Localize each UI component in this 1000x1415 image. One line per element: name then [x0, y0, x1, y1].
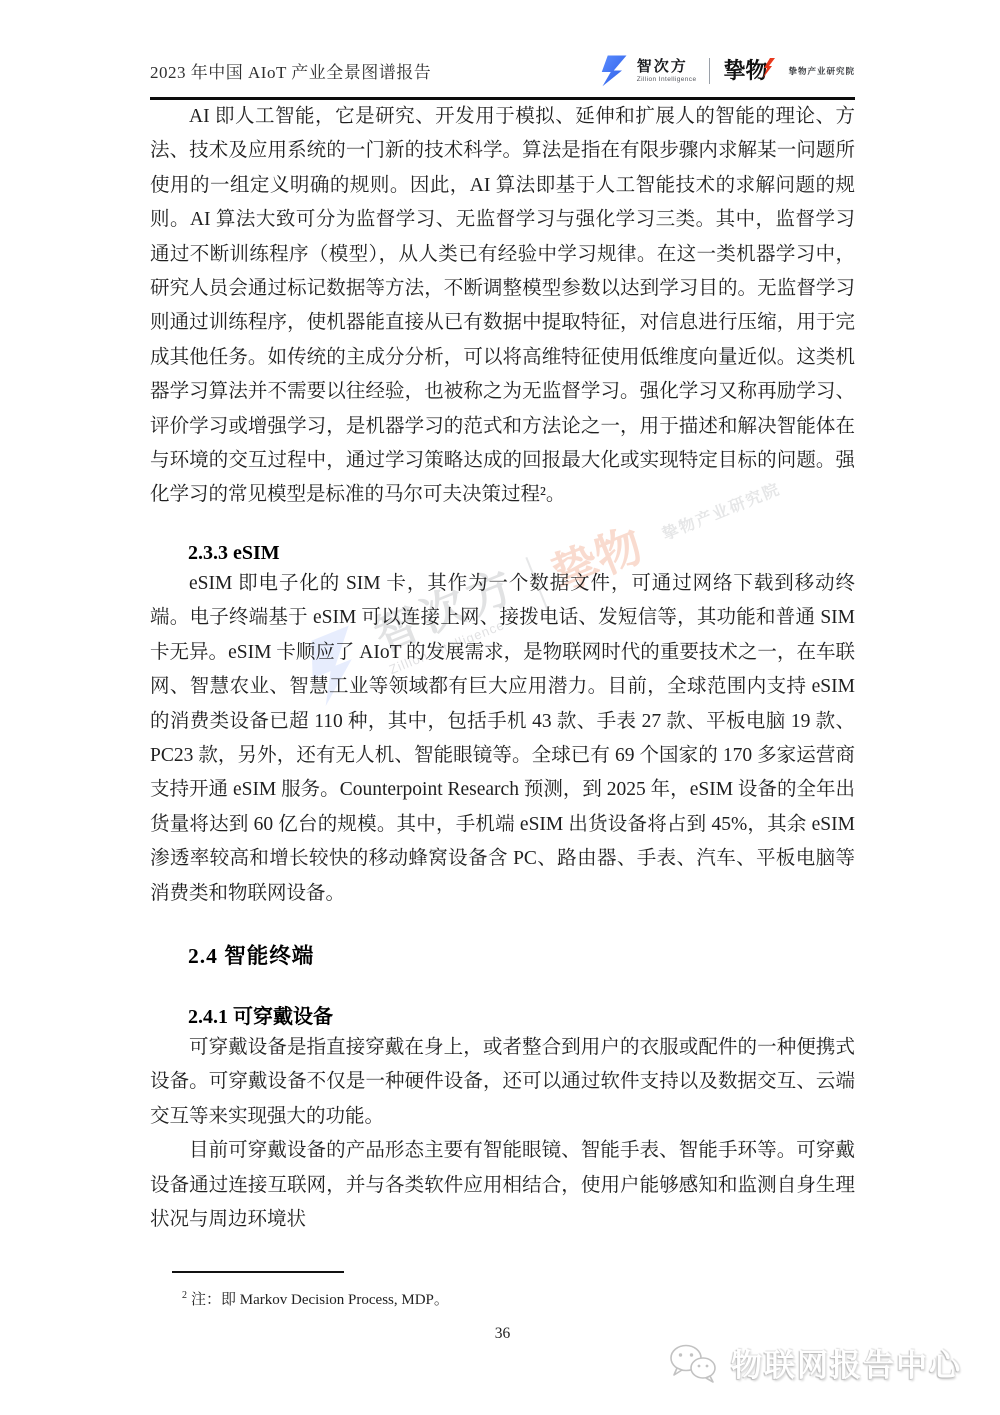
paragraph-wearable-1: 可穿戴设备是指直接穿戴在身上，或者整合到用户的衣服或配件的一种便携式设备。可穿戴… [150, 1031, 855, 1134]
footnote-text: 注：即 Markov Decision Process, MDP。 [191, 1292, 449, 1308]
paragraph-wearable-2: 目前可穿戴设备的产品形态主要有智能眼镜、智能手表、智能手环等。可穿戴设备通过连接… [150, 1134, 855, 1237]
footnote-marker: 2 [182, 1290, 187, 1301]
report-title: 2023 年中国 AIoT 产业全景图谱报告 [150, 58, 431, 83]
header-logos: 智次方 Zillion Intelligence 挚物 挚物产业研究院 [601, 54, 855, 87]
wechat-icon [667, 1341, 719, 1385]
paragraph-esim: eSIM 即电子化的 SIM 卡，其作为一个数据文件，可通过网络下载到移动终端。… [150, 567, 855, 911]
zhicifang-z-icon [601, 54, 628, 87]
iot-report-center-badge: 物联网报告中心 [667, 1340, 962, 1385]
heading-wearable: 2.4.1 可穿戴设备 [188, 1003, 855, 1031]
logo-divider [709, 58, 710, 84]
badge-label: 物联网报告中心 [731, 1340, 962, 1385]
partner-name: 挚物 [723, 58, 767, 83]
heading-smart-terminal: 2.4 智能终端 [188, 941, 855, 971]
paragraph-ai-definition: AI 即人工智能，它是研究、开发用于模拟、延伸和扩展人的智能的理论、方法、技术及… [150, 100, 855, 513]
footnote: 2注：即 Markov Decision Process, MDP。 [182, 1285, 855, 1311]
page-header: 2023 年中国 AIoT 产业全景图谱报告 智次方 Zillion Intel… [150, 0, 855, 100]
brand-name: 智次方 [637, 59, 697, 74]
lightning-icon [763, 58, 775, 78]
partner-subtitle: 挚物产业研究院 [788, 65, 855, 77]
footnote-divider [172, 1271, 344, 1273]
brand-subtitle: Zillion Intelligence [637, 76, 697, 83]
partner-logo: 挚物 [723, 60, 767, 82]
document-page: 智次方 Zillion Intelligence 挚物 挚物产业研究院 2023… [0, 0, 1000, 1415]
heading-esim: 2.3.3 eSIM [188, 539, 855, 567]
